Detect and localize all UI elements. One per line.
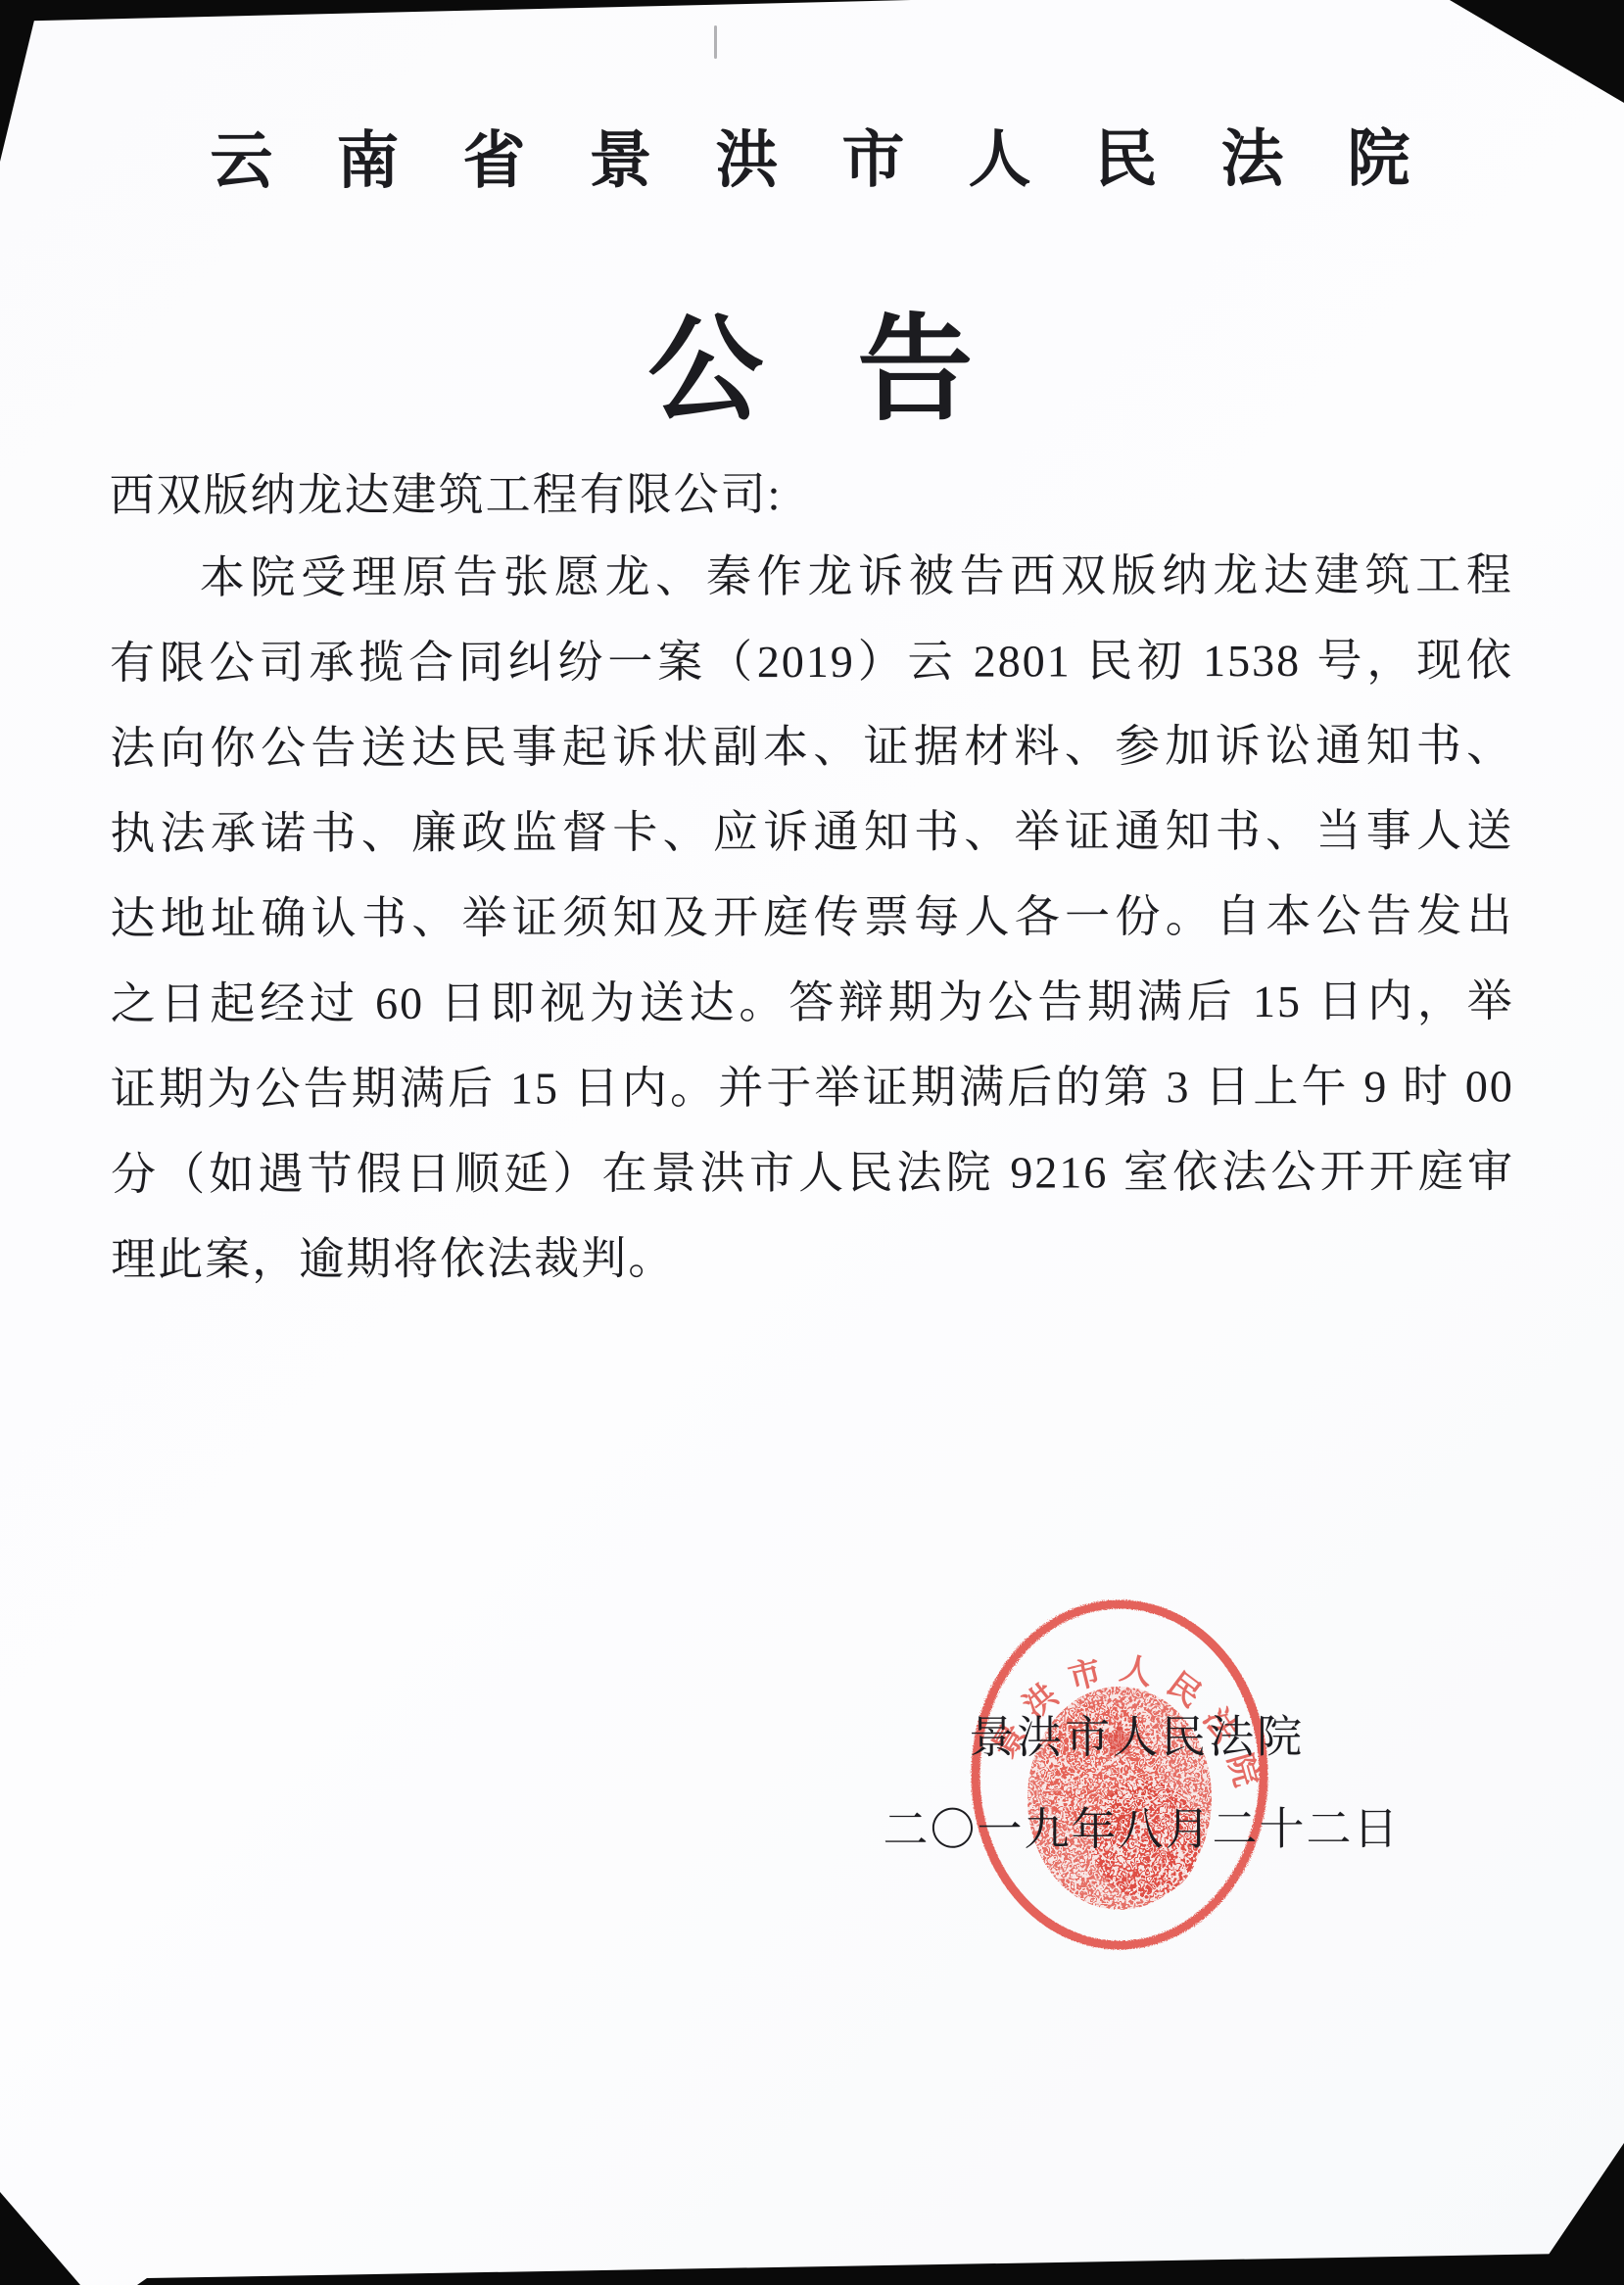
addressee-line: 西双版纳龙达建筑工程有限公司:	[110, 458, 783, 524]
scanned-court-notice-page: 景洪市人民法院 云南省景洪市人民法院 公告 西双版纳龙达建筑工程有限公司: 本院…	[0, 0, 1624, 2285]
notice-body: 本院受理原告张愿龙、秦作龙诉被告西双版纳龙达建筑工程 有限公司承揽合同纠纷一案（…	[110, 532, 1515, 1302]
court-name-text: 云南省景洪市人民法院	[210, 124, 1473, 197]
signature-date: 二〇一九年八月二十二日	[883, 1793, 1400, 1859]
body-line: 分（如遇节假日顺延）在景洪市人民法院 9216 室依法公开开庭审	[111, 1128, 1514, 1216]
body-line: 本院受理原告张愿龙、秦作龙诉被告西双版纳龙达建筑工程	[110, 532, 1513, 620]
body-line: 执法承诺书、廉政监督卡、应诉通知书、举证通知书、当事人送	[110, 787, 1513, 876]
body-line: 法向你公告送达民事起诉状副本、证据材料、参加诉讼通知书、	[110, 702, 1513, 790]
signature-court-name: 景洪市人民法院	[969, 1701, 1305, 1767]
body-line: 理此案，逾期将依法裁判。	[111, 1214, 1514, 1302]
body-line: 证期为公告期满后 15 日内。并于举证期满后的第 3 日上午 9 时 00	[111, 1043, 1514, 1131]
document-content: 云南省景洪市人民法院 公告 西双版纳龙达建筑工程有限公司: 本院受理原告张愿龙、…	[0, 0, 1624, 2285]
court-name-heading: 云南省景洪市人民法院	[0, 108, 1622, 201]
notice-title-heading: 公告	[0, 274, 1623, 444]
notice-title-text: 公告	[647, 306, 1067, 435]
body-line: 有限公司承揽合同纠纷一案（2019）云 2801 民初 1538 号，现依	[110, 617, 1513, 705]
body-line: 之日起经过 60 日即视为送达。答辩期为公告期满后 15 日内，举	[111, 958, 1514, 1046]
body-line: 达地址确认书、举证须知及开庭传票每人各一份。自本公告发出	[110, 873, 1513, 961]
